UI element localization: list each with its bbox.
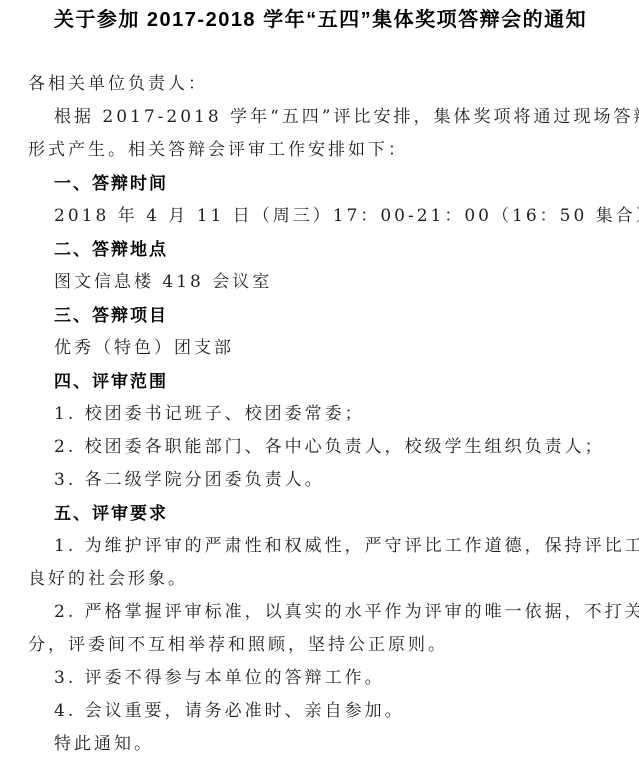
review-scope-item-2: 2. 校团委各职能部门、各中心负责人，校级学生组织负责人； bbox=[28, 431, 613, 464]
section-heading-defense-project: 三、答辩项目 bbox=[28, 299, 613, 332]
section-heading-defense-location: 二、答辩地点 bbox=[28, 233, 613, 266]
defense-location-value: 图文信息楼 418 会议室 bbox=[28, 266, 613, 299]
review-requirement-item-4: 4. 会议重要，请务必准时、亲自参加。 bbox=[28, 695, 613, 728]
review-requirement-item-1-line-1: 1. 为维护评审的严肃性和权威性，严守评比工作道德，保持评比工作 bbox=[28, 530, 613, 563]
review-requirement-item-1-line-2: 良好的社会形象。 bbox=[28, 563, 613, 596]
defense-project-value: 优秀（特色）团支部 bbox=[28, 332, 613, 365]
section-heading-review-requirements: 五、评审要求 bbox=[28, 497, 613, 530]
review-requirement-item-2-line-2: 分，评委间不互相举荐和照顾，坚持公正原则。 bbox=[28, 629, 613, 662]
notice-title: 关于参加 2017-2018 学年“五四”集体奖项答辩会的通知 bbox=[28, 6, 613, 34]
review-requirement-item-2-line-1: 2. 严格掌握评审标准，以真实的水平作为评审的唯一依据，不打关系 bbox=[28, 596, 613, 629]
review-scope-item-1: 1. 校团委书记班子、校团委常委； bbox=[28, 398, 613, 431]
section-heading-defense-time: 一、答辩时间 bbox=[28, 167, 613, 200]
notice-document: 关于参加 2017-2018 学年“五四”集体奖项答辩会的通知 各相关单位负责人… bbox=[0, 0, 639, 757]
defense-time-value: 2018 年 4 月 11 日（周三）17：00-21：00（16：50 集合） bbox=[28, 200, 613, 233]
intro-paragraph-line-2: 形式产生。相关答辩会评审工作安排如下： bbox=[28, 134, 613, 167]
review-scope-item-3: 3. 各二级学院分团委负责人。 bbox=[28, 464, 613, 497]
closing-line: 特此通知。 bbox=[28, 728, 613, 757]
section-heading-review-scope: 四、评审范围 bbox=[28, 365, 613, 398]
salutation: 各相关单位负责人： bbox=[28, 68, 613, 101]
review-requirement-item-3: 3. 评委不得参与本单位的答辩工作。 bbox=[28, 662, 613, 695]
intro-paragraph-line-1: 根据 2017-2018 学年“五四”评比安排，集体奖项将通过现场答辩的 bbox=[28, 101, 613, 134]
